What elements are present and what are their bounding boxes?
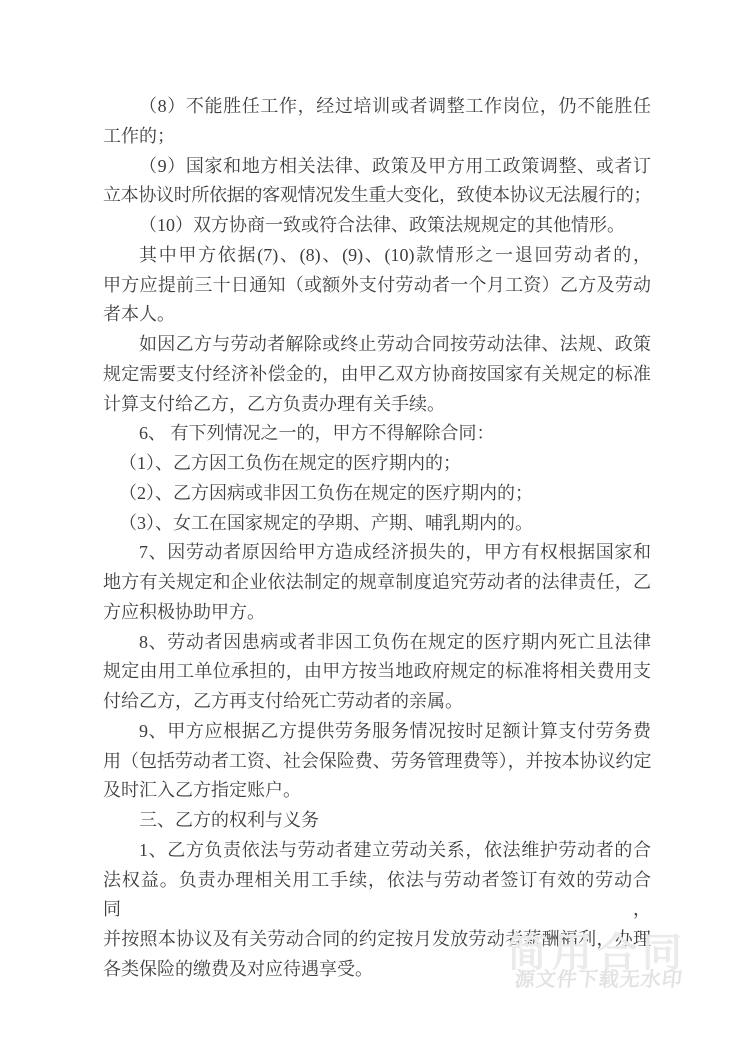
contract-line: 付给乙方，乙方再支付给死亡劳动者的亲属。 [103, 687, 651, 717]
contract-line: 地方有关规定和企业依法制定的规章制度追究劳动者的法律责任，乙 [103, 568, 651, 598]
contract-line: （2）、乙方因病或非因工负伤在规定的医疗期内的； [103, 479, 651, 509]
contract-line: （8）不能胜任工作，经过培训或者调整工作岗位，仍不能胜任 [103, 92, 651, 122]
contract-line: 及时汇入乙方指定账户。 [103, 776, 651, 806]
contract-body: （8）不能胜任工作，经过培训或者调整工作岗位，仍不能胜任 工作的； （9）国家和… [103, 92, 651, 985]
watermark-tagline: 源文件下载无水印 [513, 963, 684, 992]
contract-line: （3）、女工在国家规定的孕期、产期、哺乳期内的。 [103, 509, 651, 539]
contract-line: 如因乙方与劳动者解除或终止劳动合同按劳动法律、法规、政策 [103, 330, 651, 360]
contract-line: 工作的； [103, 122, 651, 152]
contract-document-page: （8）不能胜任工作，经过培训或者调整工作岗位，仍不能胜任 工作的； （9）国家和… [0, 0, 742, 1049]
contract-line: （10）双方协商一致或符合法律、政策法规规定的其他情形。 [103, 211, 651, 241]
contract-line: 用（包括劳动者工资、社会保险费、劳务管理费等），并按本协议约定 [103, 747, 651, 777]
section-heading-line: 三、乙方的权利与义务 [103, 806, 651, 836]
contract-line: 方应积极协助甲方。 [103, 598, 651, 628]
contract-line: 甲方应提前三十日通知（或额外支付劳动者一个月工资）乙方及劳动 [103, 271, 651, 301]
contract-line: 立本协议时所依据的客观情况发生重大变化，致使本协议无法履行的； [103, 181, 651, 211]
contract-line: 7、因劳动者原因给甲方造成经济损失的，甲方有权根据国家和 [103, 538, 651, 568]
contract-line: 8、劳动者因患病或者非因工负伤在规定的医疗期内死亡且法律 [103, 628, 651, 658]
contract-line: （1）、乙方因工负伤在规定的医疗期内的； [103, 449, 651, 479]
contract-line: 规定由用工单位承担的，由甲方按当地政府规定的标准将相关费用支 [103, 657, 651, 687]
contract-line: （9）国家和地方相关法律、政策及甲方用工政策调整、或者订 [103, 152, 651, 182]
contract-line: 规定需要支付经济补偿金的，由甲乙双方协商按国家有关规定的标准 [103, 360, 651, 390]
contract-line: 6、 有下列情况之一的，甲方不得解除合同： [103, 419, 651, 449]
contract-line: 计算支付给乙方，乙方负责办理有关手续。 [103, 390, 651, 420]
contract-line: 法权益。负责办理相关用工手续，依法与劳动者签订有效的劳动合同， [103, 866, 651, 926]
contract-line: 1、乙方负责依法与劳动者建立劳动关系，依法维护劳动者的合 [103, 836, 651, 866]
contract-line: 9、甲方应根据乙方提供劳务服务情况按时足额计算支付劳务费 [103, 717, 651, 747]
contract-line: 其中甲方依据(7)、(8)、(9)、(10)款情形之一退回劳动者的， [103, 241, 651, 271]
contract-line: 者本人。 [103, 300, 651, 330]
